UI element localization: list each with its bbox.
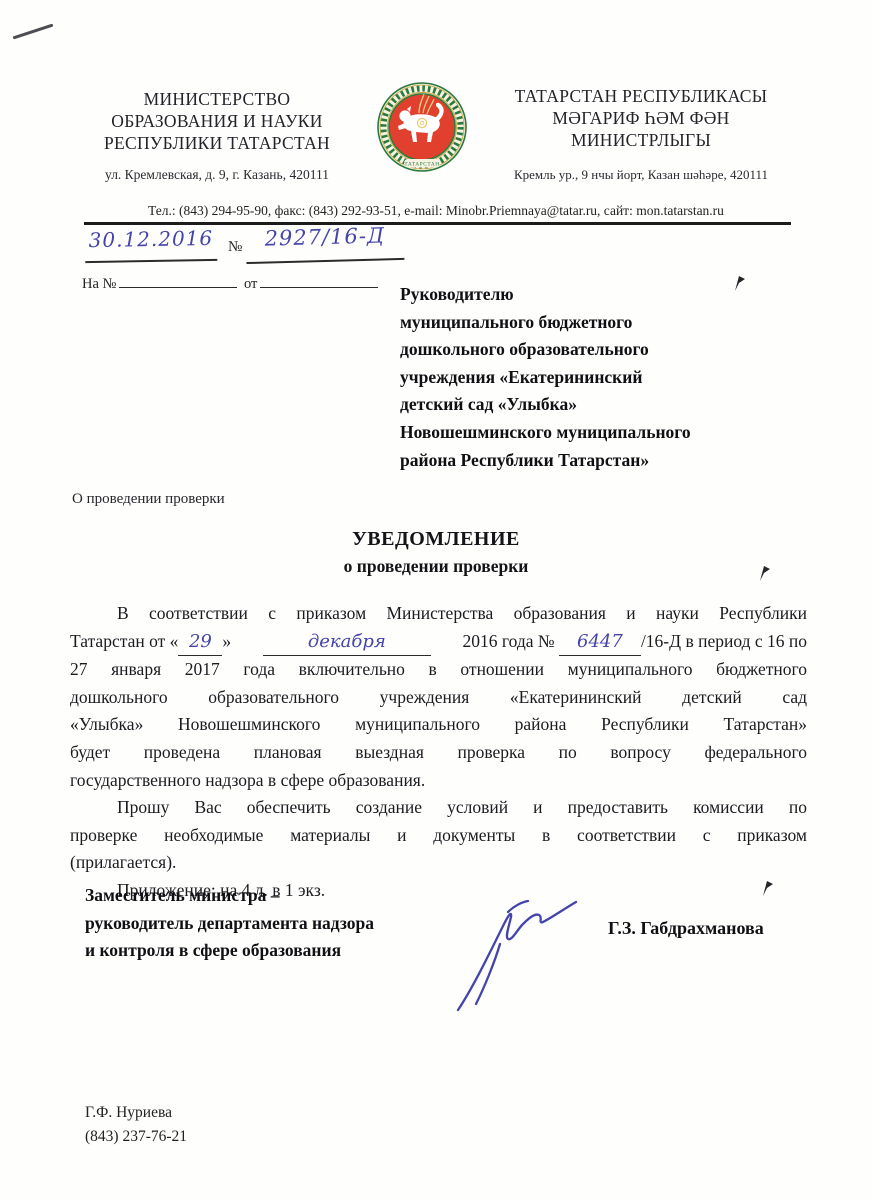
org-name-ru-line: МИНИСТЕРСТВО: [66, 88, 368, 110]
org-name-tt-line: МӘГАРИФ ҺӘМ ФӘН: [486, 107, 796, 129]
executor-name: Г.Ф. Нуриева: [85, 1101, 187, 1125]
reg-date-handwritten: 30.12.2016: [85, 226, 218, 263]
recipient-block: Руководителю муниципального бюджетного д…: [400, 281, 792, 474]
body-line: государственного надзора в сфере образов…: [70, 767, 807, 795]
executor-phone: (843) 237-76-21: [85, 1125, 187, 1149]
recipient-line: дошкольного образовательного: [400, 336, 792, 364]
emblem-label: ТАТАРСТАН: [404, 162, 439, 168]
body-line: «Улыбка» Новошешминского муниципального …: [70, 711, 807, 739]
body-line: дошкольного образовательного учреждения …: [70, 684, 807, 712]
body-text: В соответствии с приказом Министерства о…: [70, 600, 807, 905]
signature-scribble: [448, 882, 598, 1019]
org-address-ru: ул. Кремлевская, д. 9, г. Казань, 420111: [66, 167, 368, 183]
body-line: проверке необходимые материалы и докумен…: [70, 822, 807, 850]
document-subtitle: о проведении проверки: [0, 556, 872, 577]
na-label: На №: [82, 276, 116, 292]
org-name-tt: ТАТАРСТАН РЕСПУБЛИКАСЫ МӘГАРИФ ҺӘМ ФӘН М…: [486, 85, 796, 151]
contact-line: Тел.: (843) 294-95-90, факс: (843) 292-9…: [0, 203, 872, 219]
body-line: Прошу Вас обеспечить создание условий и …: [70, 794, 807, 822]
day-blank-handwritten: 29: [178, 628, 222, 657]
reg-number-label: №: [228, 239, 242, 256]
header-divider: [84, 222, 791, 225]
org-name-ru-line: ОБРАЗОВАНИЯ И НАУКИ: [66, 110, 368, 132]
header-left: МИНИСТЕРСТВО ОБРАЗОВАНИЯ И НАУКИ РЕСПУБЛ…: [66, 88, 368, 183]
subject-line: О проведении проверки: [72, 491, 225, 508]
body-line: (прилагается).: [70, 849, 807, 877]
recipient-line: учреждения «Екатерининский: [400, 364, 792, 392]
signer-position: Заместитель министра – руководитель депа…: [85, 882, 505, 965]
body-line-with-blanks: Татарстан от «29» декабря 2016 года № 64…: [70, 628, 807, 657]
signer-position-line: руководитель департамента надзора: [85, 910, 505, 938]
body-segment: Татарстан от «29»: [70, 628, 231, 657]
org-address-tt: Кремль ур., 9 нчы йорт, Казан шәһәре, 42…: [486, 167, 796, 183]
recipient-line: Руководителю: [400, 281, 792, 309]
tatarstan-coat-of-arms-icon: ТАТАРСТАН: [377, 79, 467, 180]
executor-block: Г.Ф. Нуриева (843) 237-76-21: [85, 1101, 187, 1149]
ot-blank-line: [260, 272, 378, 288]
signer-position-line: Заместитель министра –: [85, 882, 505, 910]
scanned-letter-page: МИНИСТЕРСТВО ОБРАЗОВАНИЯ И НАУКИ РЕСПУБЛ…: [0, 0, 872, 1200]
document-title: УВЕДОМЛЕНИЕ: [0, 528, 872, 551]
pen-stroke-mark: [13, 24, 54, 40]
org-name-ru: МИНИСТЕРСТВО ОБРАЗОВАНИЯ И НАУКИ РЕСПУБЛ…: [66, 88, 368, 154]
signer-name: Г.З. Габдрахманова: [608, 918, 764, 939]
reference-line: На № от: [82, 272, 381, 293]
recipient-line: муниципального бюджетного: [400, 309, 792, 337]
recipient-line: Новошешминского муниципального: [400, 419, 792, 447]
number-blank-handwritten: 6447: [559, 628, 641, 657]
org-name-tt-line: МИНИСТРЛЫГЫ: [486, 129, 796, 151]
body-line: будет проведена плановая выездная провер…: [70, 739, 807, 767]
reg-number-handwritten: 2927/16-Д: [246, 223, 405, 264]
body-segment: 2016 года № 6447/16-Д в период с 16 по: [462, 628, 807, 657]
na-blank-line: [119, 272, 237, 288]
org-name-tt-line: ТАТАРСТАН РЕСПУБЛИКАСЫ: [486, 85, 796, 107]
header-right: ТАТАРСТАН РЕСПУБЛИКАСЫ МӘГАРИФ ҺӘМ ФӘН М…: [486, 85, 796, 183]
signer-position-line: и контроля в сфере образования: [85, 937, 505, 965]
org-name-ru-line: РЕСПУБЛИКИ ТАТАРСТАН: [66, 132, 368, 154]
body-line: В соответствии с приказом Министерства о…: [70, 600, 807, 628]
recipient-line: района Республики Татарстан»: [400, 447, 792, 475]
body-line: 27 января 2017 года включительно в отнош…: [70, 656, 807, 684]
month-blank-handwritten: декабря: [263, 628, 431, 657]
ot-label: от: [244, 276, 257, 292]
recipient-line: детский сад «Улыбка»: [400, 391, 792, 419]
